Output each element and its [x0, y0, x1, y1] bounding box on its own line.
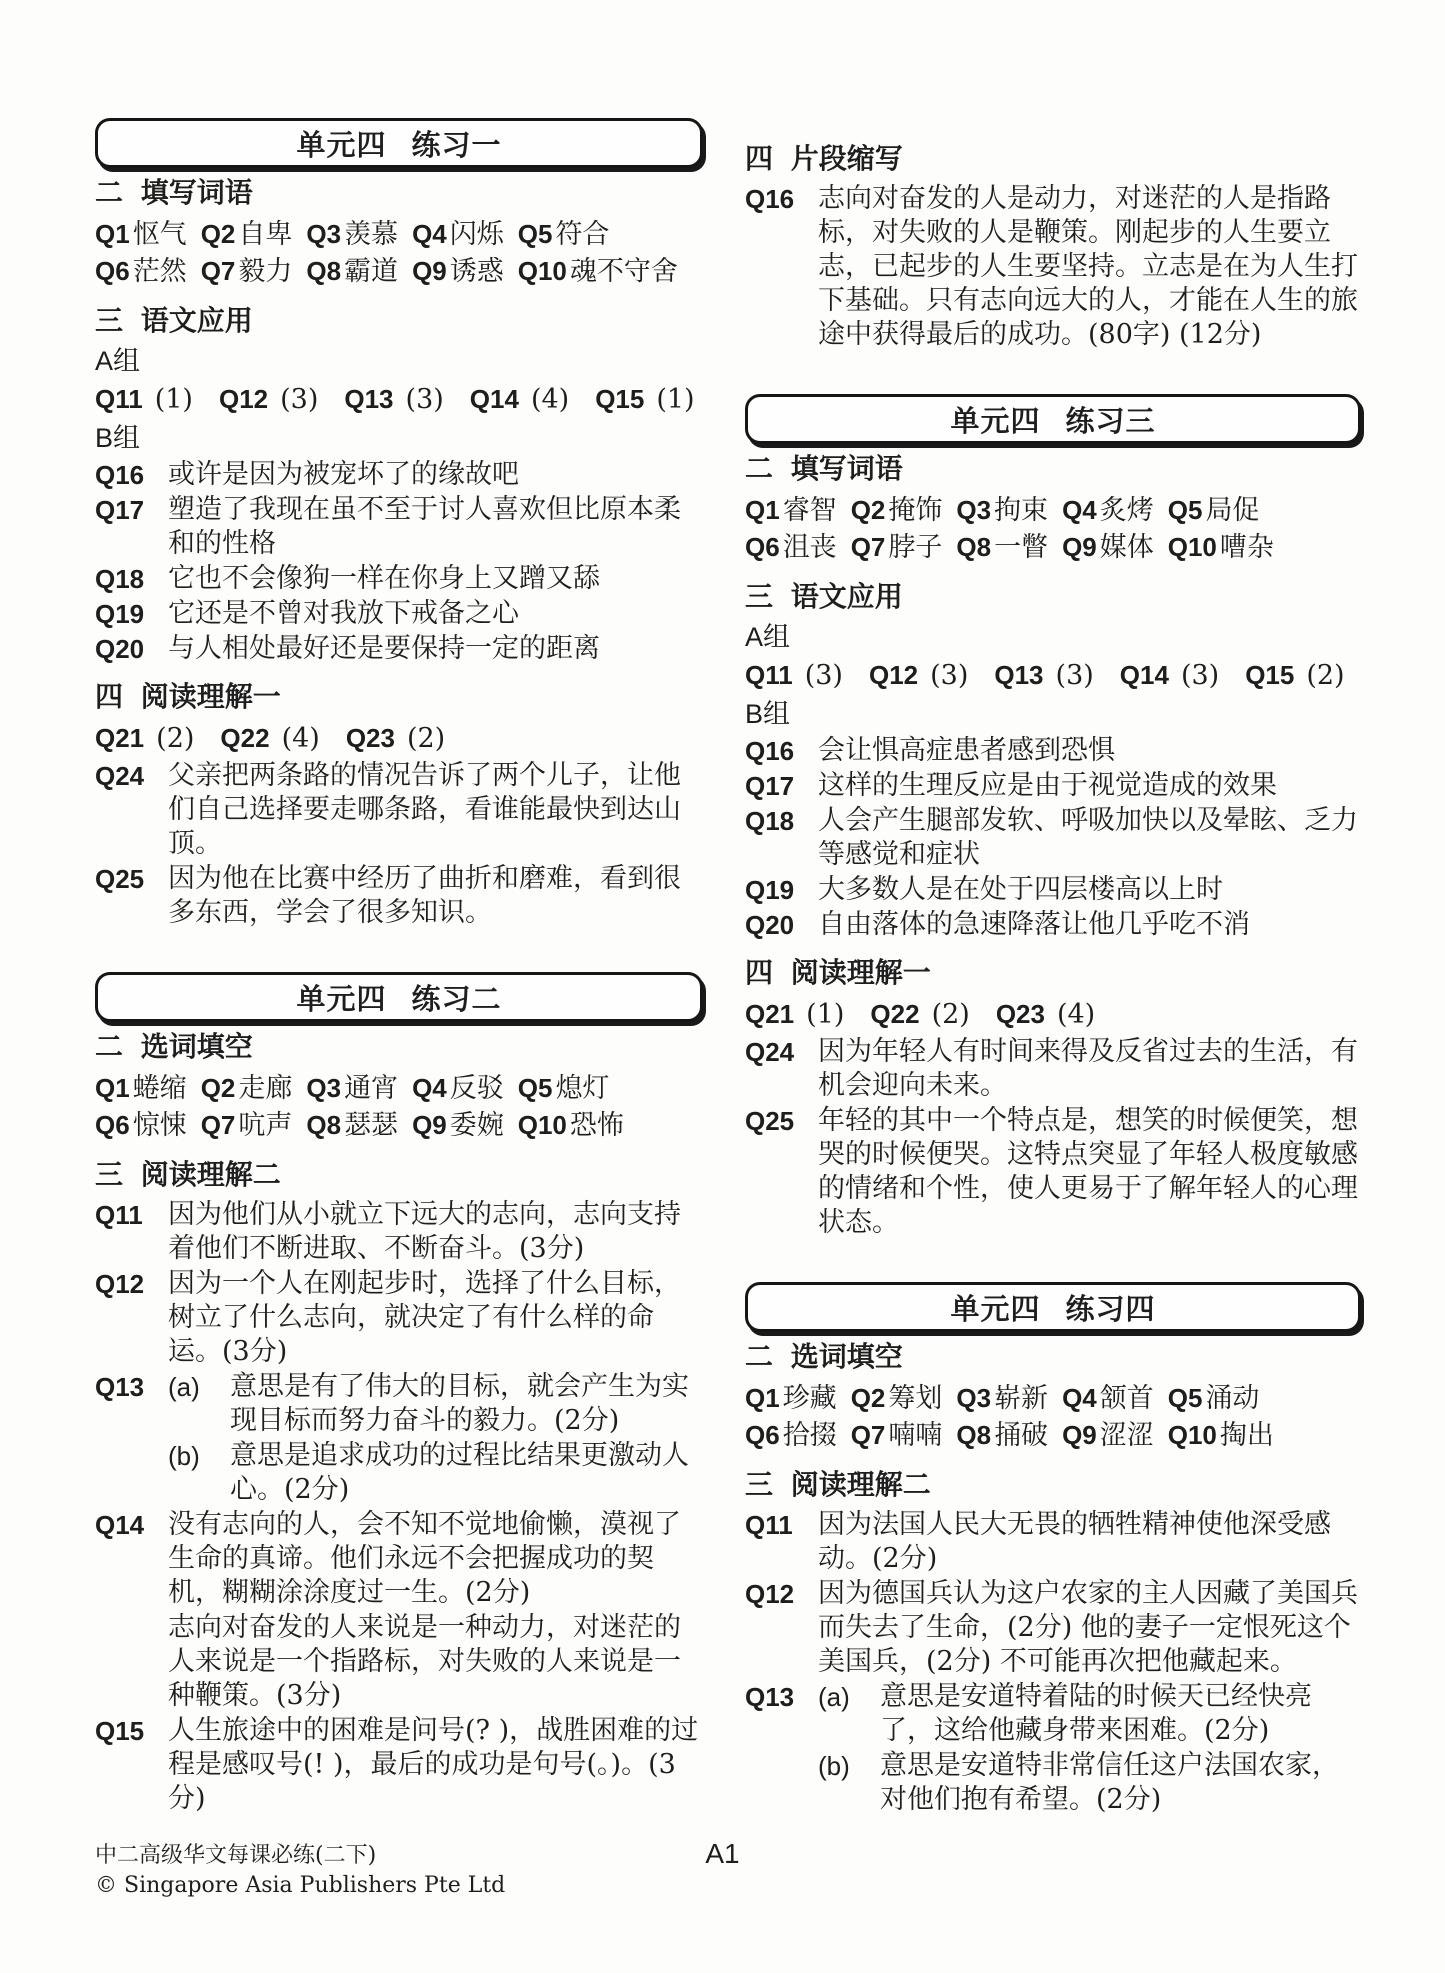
- sub-part-label: (a): [818, 1680, 880, 1748]
- question-label: Q13: [95, 1370, 168, 1438]
- answer-row: Q13(a)意思是安道特着陆的时候天已经快亮了，这给他藏身带来困难。(2分): [745, 1680, 1361, 1748]
- answer-text: 因为他们从小就立下远大的志向，志向支持着他们不断进取、不断奋斗。(3分): [168, 1198, 703, 1266]
- answer-word: 喃喃: [888, 1417, 942, 1454]
- question-label: Q14: [470, 381, 519, 418]
- answer-row: Q25因为他在比赛中经历了曲折和磨难，看到很多东西，学会了很多知识。: [95, 862, 703, 930]
- word-answer: Q2自卑: [201, 216, 293, 253]
- answer-text: 人会产生腿部发软、呼吸加快以及晕眩、乏力等感觉和症状: [818, 804, 1361, 872]
- answer-word: 茫然: [133, 253, 187, 290]
- document-page: 单元四 练习一二 填写词语Q1怄气Q2自卑Q3羡慕Q4闪烁Q5符合Q6茫然Q7毅…: [0, 0, 1445, 1973]
- word-answers-line: Q1珍藏Q2筹划Q3崭新Q4颔首Q5涌动: [745, 1380, 1361, 1417]
- question-label: Q17: [745, 769, 818, 803]
- answer-row: Q13(a)意思是有了伟大的目标，就会产生为实现目标而努力奋斗的毅力。(2分): [95, 1370, 703, 1438]
- question-label: Q24: [95, 759, 168, 861]
- answer-row: Q20自由落体的急速降落让他几乎吃不消: [745, 908, 1361, 942]
- answer-text: 人生旅途中的困难是问号(? )，战胜困难的过程是感叹号(! )，最后的成功是句号…: [168, 1714, 703, 1816]
- question-label: [745, 1749, 818, 1817]
- question-label: Q8: [306, 253, 341, 290]
- question-label: Q25: [745, 1104, 818, 1240]
- word-answer: Q1睿智: [745, 492, 837, 529]
- answer-text: 塑造了我现在虽不至于讨人喜欢但比原本柔和的性格: [168, 493, 703, 561]
- section-heading: 四 阅读理解一: [745, 956, 1361, 990]
- answer-word: 惊悚: [133, 1107, 187, 1144]
- exercise-title: 单元四 练习一: [296, 123, 501, 164]
- answer-word: 炙烤: [1100, 492, 1154, 529]
- question-label: Q12: [219, 381, 268, 418]
- answer-row: Q16会让惧高症患者感到恐惧: [745, 734, 1361, 768]
- question-label: Q15: [95, 1714, 168, 1816]
- mcq-answer: Q11(3): [745, 657, 843, 694]
- answer-row: Q17这样的生理反应是由于视觉造成的效果: [745, 769, 1361, 803]
- word-answer: Q3通宵: [306, 1070, 398, 1107]
- question-label: Q2: [201, 1070, 236, 1107]
- question-label: Q7: [851, 529, 886, 566]
- answer-word: 符合: [555, 216, 609, 253]
- question-label: Q15: [595, 381, 644, 418]
- answer-row: Q24因为年轻人有时间来得及反省过去的生活，有机会迎向未来。: [745, 1035, 1361, 1103]
- answer-row: (b)意思是追求成功的过程比结果更激动人心。(2分): [95, 1439, 703, 1507]
- question-label: Q10: [1168, 529, 1217, 566]
- word-answer: Q7毅力: [201, 253, 293, 290]
- group-label: B组: [95, 421, 703, 455]
- word-answer: Q3拘束: [956, 492, 1048, 529]
- answer-word: 拾掇: [783, 1417, 837, 1454]
- mcq-option-value: (3): [1181, 657, 1219, 694]
- question-label: Q21: [745, 996, 794, 1033]
- question-label: Q23: [996, 996, 1045, 1033]
- word-answers-line: Q1睿智Q2掩饰Q3拘束Q4炙烤Q5局促: [745, 492, 1361, 529]
- word-answer: Q10掏出: [1168, 1417, 1274, 1454]
- word-answer: Q3崭新: [956, 1380, 1048, 1417]
- answer-word: 掩饰: [888, 492, 942, 529]
- word-answer: Q4炙烤: [1062, 492, 1154, 529]
- question-label: Q22: [870, 996, 919, 1033]
- question-label: Q8: [956, 1417, 991, 1454]
- answer-text: 它还是不曾对我放下戒备之心: [168, 597, 703, 631]
- question-label: Q4: [1062, 492, 1097, 529]
- question-label: Q8: [956, 529, 991, 566]
- word-answer: Q5局促: [1168, 492, 1260, 529]
- answer-text: 这样的生理反应是由于视觉造成的效果: [818, 769, 1361, 803]
- mcq-answer: Q21(2): [95, 720, 194, 757]
- answer-text: 因为德国兵认为这户农家的主人因藏了美国兵而失去了生命，(2分) 他的妻子一定恨死…: [818, 1577, 1361, 1679]
- answer-word: 恐怖: [570, 1107, 624, 1144]
- word-answer: Q4颔首: [1062, 1380, 1154, 1417]
- mcq-answers-line: Q21(2)Q22(4)Q23(2): [95, 720, 703, 757]
- answer-word: 媒体: [1100, 529, 1154, 566]
- exercise-title: 单元四 练习四: [950, 1287, 1155, 1328]
- answer-text: 因为法国人民大无畏的牺牲精神使他深受感动。(2分): [818, 1508, 1361, 1576]
- word-answer: Q9委婉: [412, 1107, 504, 1144]
- word-answers-line: Q1蜷缩Q2走廊Q3通宵Q4反驳Q5熄灯: [95, 1070, 703, 1107]
- mcq-option-value: (3): [406, 381, 444, 418]
- answer-key-columns: 单元四 练习一二 填写词语Q1怄气Q2自卑Q3羡慕Q4闪烁Q5符合Q6茫然Q7毅…: [0, 0, 1445, 1818]
- answer-word: 嘈杂: [1220, 529, 1274, 566]
- question-label: Q7: [201, 253, 236, 290]
- answer-row: Q12因为德国兵认为这户农家的主人因藏了美国兵而失去了生命，(2分) 他的妻子一…: [745, 1577, 1361, 1679]
- answer-text: 或许是因为被宠坏了的缘故吧: [168, 458, 703, 492]
- word-answers-line: Q6拾掇Q7喃喃Q8捅破Q9涩涩Q10掏出: [745, 1417, 1361, 1454]
- section-heading: 三 语文应用: [95, 304, 703, 338]
- word-answer: Q8一瞥: [956, 529, 1048, 566]
- question-label: Q19: [745, 873, 818, 907]
- exercise-header-box: 单元四 练习三: [745, 394, 1361, 444]
- answer-text: 志向对奋发的人来说是一种动力，对迷茫的人来说是一个指路标，对失败的人来说是一种鞭…: [168, 1611, 703, 1713]
- group-label: A组: [745, 620, 1361, 654]
- question-label: Q9: [412, 253, 447, 290]
- word-answer: Q2筹划: [851, 1380, 943, 1417]
- mcq-option-value: (1): [806, 996, 844, 1033]
- answer-text: 意思是追求成功的过程比结果更激动人心。(2分): [230, 1439, 703, 1507]
- question-label: Q14: [95, 1508, 168, 1610]
- question-label: Q2: [851, 492, 886, 529]
- answer-word: 羡慕: [344, 216, 398, 253]
- answer-text: 没有志向的人，会不知不觉地偷懒，漠视了生命的真谛。他们永远不会把握成功的契机，糊…: [168, 1508, 703, 1610]
- mcq-option-value: (3): [805, 657, 843, 694]
- answer-word: 蜷缩: [133, 1070, 187, 1107]
- mcq-option-value: (2): [1306, 657, 1344, 694]
- question-label: Q6: [745, 529, 780, 566]
- question-label: Q13: [745, 1680, 818, 1748]
- question-label: Q9: [412, 1107, 447, 1144]
- mcq-answer: Q12(3): [219, 381, 318, 418]
- answer-word: 反驳: [450, 1070, 504, 1107]
- answer-text: 意思是有了伟大的目标，就会产生为实现目标而努力奋斗的毅力。(2分): [230, 1370, 703, 1438]
- answer-text: 因为一个人在刚起步时，选择了什么目标，树立了什么志向，就决定了有什么样的命运。(…: [168, 1267, 703, 1369]
- word-answer: Q6茫然: [95, 253, 187, 290]
- section-heading: 四 阅读理解一: [95, 680, 703, 714]
- mcq-option-value: (4): [282, 720, 320, 757]
- question-label: Q16: [95, 458, 168, 492]
- question-label: Q9: [1062, 1417, 1097, 1454]
- word-answer: Q8瑟瑟: [306, 1107, 398, 1144]
- question-label: Q6: [95, 1107, 130, 1144]
- answer-text: 因为他在比赛中经历了曲折和磨难，看到很多东西，学会了很多知识。: [168, 862, 703, 930]
- section-heading: 三 阅读理解二: [745, 1468, 1361, 1502]
- question-label: Q23: [346, 720, 395, 757]
- question-label: Q17: [95, 493, 168, 561]
- question-label: Q12: [95, 1267, 168, 1369]
- question-label: Q10: [1168, 1417, 1217, 1454]
- question-label: Q11: [95, 1198, 168, 1266]
- question-label: Q10: [518, 1107, 567, 1144]
- question-label: Q9: [1062, 529, 1097, 566]
- answer-row: Q11因为他们从小就立下远大的志向，志向支持着他们不断进取、不断奋斗。(3分): [95, 1198, 703, 1266]
- question-label: [95, 1439, 168, 1507]
- exercise-header-box: 单元四 练习二: [95, 972, 703, 1022]
- mcq-option-value: (1): [656, 381, 694, 418]
- footer-copyright: © Singapore Asia Publishers Pte Ltd: [95, 1871, 505, 1901]
- section-heading: 四 片段缩写: [745, 142, 1361, 176]
- answer-word: 自卑: [238, 216, 292, 253]
- answer-text: 意思是安道特着陆的时候天已经快亮了，这给他藏身带来困难。(2分): [880, 1680, 1361, 1748]
- answer-word: 委婉: [450, 1107, 504, 1144]
- word-answer: Q9媒体: [1062, 529, 1154, 566]
- question-label: Q16: [745, 734, 818, 768]
- question-label: Q12: [869, 657, 918, 694]
- word-answer: Q10魂不守舍: [518, 253, 678, 290]
- exercise-header-box: 单元四 练习一: [95, 118, 703, 168]
- answer-text: 与人相处最好还是要保持一定的距离: [168, 632, 703, 666]
- mcq-answer: Q23(2): [346, 720, 445, 757]
- answer-text: 父亲把两条路的情况告诉了两个儿子，让他们自己选择要走哪条路，看谁能最快到达山顶。: [168, 759, 703, 861]
- question-label: Q4: [412, 216, 447, 253]
- answer-row: Q17塑造了我现在虽不至于讨人喜欢但比原本柔和的性格: [95, 493, 703, 561]
- question-label: Q19: [95, 597, 168, 631]
- left-column: 单元四 练习一二 填写词语Q1怄气Q2自卑Q3羡慕Q4闪烁Q5符合Q6茫然Q7毅…: [95, 118, 703, 1817]
- answer-word: 一瞥: [994, 529, 1048, 566]
- word-answer: Q9诱惑: [412, 253, 504, 290]
- answer-row: Q11因为法国人民大无畏的牺牲精神使他深受感动。(2分): [745, 1508, 1361, 1576]
- answer-word: 拘束: [994, 492, 1048, 529]
- question-label: Q2: [851, 1380, 886, 1417]
- word-answer: Q2掩饰: [851, 492, 943, 529]
- question-label: Q1: [745, 492, 780, 529]
- question-label: Q13: [344, 381, 393, 418]
- mcq-answers-line: Q11(1)Q12(3)Q13(3)Q14(4)Q15(1): [95, 381, 703, 418]
- mcq-answer: Q11(1): [95, 381, 193, 418]
- question-label: Q18: [95, 562, 168, 596]
- question-label: Q5: [518, 216, 553, 253]
- right-column: 四 片段缩写Q16志向对奋发的人是动力，对迷茫的人是指路标，对失败的人是鞭策。刚…: [745, 118, 1361, 1818]
- mcq-option-value: (2): [407, 720, 445, 757]
- word-answer: Q7吭声: [201, 1107, 293, 1144]
- answer-row: Q19它还是不曾对我放下戒备之心: [95, 597, 703, 631]
- mcq-answer: Q15(1): [595, 381, 694, 418]
- question-label: Q3: [956, 492, 991, 529]
- answer-text: 它也不会像狗一样在你身上又蹭又舔: [168, 562, 703, 596]
- answer-row: Q15人生旅途中的困难是问号(? )，战胜困难的过程是感叹号(! )，最后的成功…: [95, 1714, 703, 1816]
- question-label: Q16: [745, 182, 818, 352]
- question-label: Q11: [95, 381, 143, 418]
- answer-row: (b)意思是安道特非常信任这户法国农家，对他们抱有希望。(2分): [745, 1749, 1361, 1817]
- word-answer: Q10嘈杂: [1168, 529, 1274, 566]
- mcq-answer: Q12(3): [869, 657, 968, 694]
- question-label: Q25: [95, 862, 168, 930]
- answer-word: 通宵: [344, 1070, 398, 1107]
- question-label: Q15: [1245, 657, 1294, 694]
- answer-row: Q19大多数人是在处于四层楼高以上时: [745, 873, 1361, 907]
- sub-part-label: (b): [168, 1439, 230, 1507]
- answer-word: 掏出: [1220, 1417, 1274, 1454]
- answer-word: 沮丧: [783, 529, 837, 566]
- question-label: Q11: [745, 1508, 818, 1576]
- label-spacer: [95, 1611, 168, 1713]
- mcq-option-value: (3): [930, 657, 968, 694]
- word-answer: Q6拾掇: [745, 1417, 837, 1454]
- answer-text: 志向对奋发的人是动力，对迷茫的人是指路标，对失败的人是鞭策。刚起步的人生要立志，…: [818, 182, 1361, 352]
- mcq-answer: Q23(4): [996, 996, 1095, 1033]
- question-label: Q3: [306, 1070, 341, 1107]
- word-answer: Q4闪烁: [412, 216, 504, 253]
- answer-text: 年轻的其中一个特点是，想笑的时候便笑，想哭的时候便哭。这特点突显了年轻人极度敏感…: [818, 1104, 1361, 1240]
- word-answers-line: Q6惊悚Q7吭声Q8瑟瑟Q9委婉Q10恐怖: [95, 1107, 703, 1144]
- question-label: Q1: [745, 1380, 780, 1417]
- word-answer: Q4反驳: [412, 1070, 504, 1107]
- question-label: Q8: [306, 1107, 341, 1144]
- mcq-answer: Q13(3): [344, 381, 443, 418]
- section-heading: 二 填写词语: [95, 176, 703, 210]
- word-answer: Q6惊悚: [95, 1107, 187, 1144]
- sub-part-label: (a): [168, 1370, 230, 1438]
- question-label: Q5: [518, 1070, 553, 1107]
- answer-text: 因为年轻人有时间来得及反省过去的生活，有机会迎向未来。: [818, 1035, 1361, 1103]
- word-answer: Q8捅破: [956, 1417, 1048, 1454]
- answer-word: 局促: [1205, 492, 1259, 529]
- question-label: Q7: [201, 1107, 236, 1144]
- answer-word: 瑟瑟: [344, 1107, 398, 1144]
- mcq-answer: Q21(1): [745, 996, 844, 1033]
- question-label: Q12: [745, 1577, 818, 1679]
- answer-word: 捅破: [994, 1417, 1048, 1454]
- question-label: Q18: [745, 804, 818, 872]
- answer-word: 闪烁: [450, 216, 504, 253]
- question-label: Q21: [95, 720, 144, 757]
- word-answer: Q5熄灯: [518, 1070, 610, 1107]
- word-answers-line: Q6沮丧Q7脖子Q8一瞥Q9媒体Q10嘈杂: [745, 529, 1361, 566]
- question-label: Q4: [412, 1070, 447, 1107]
- answer-word: 筹划: [888, 1380, 942, 1417]
- exercise-title: 单元四 练习二: [296, 977, 501, 1018]
- answer-word: 毅力: [238, 253, 292, 290]
- answer-row: Q14没有志向的人，会不知不觉地偷懒，漠视了生命的真谛。他们永远不会把握成功的契…: [95, 1508, 703, 1610]
- word-answer: Q5符合: [518, 216, 610, 253]
- answer-row: Q18它也不会像狗一样在你身上又蹭又舔: [95, 562, 703, 596]
- section-heading: 三 阅读理解二: [95, 1158, 703, 1192]
- answer-word: 魂不守舍: [570, 253, 678, 290]
- question-label: Q10: [518, 253, 567, 290]
- answer-word: 珍藏: [783, 1380, 837, 1417]
- word-answer: Q1蜷缩: [95, 1070, 187, 1107]
- answer-row: Q16或许是因为被宠坏了的缘故吧: [95, 458, 703, 492]
- answer-text: 会让惧高症患者感到恐惧: [818, 734, 1361, 768]
- answer-row: Q24父亲把两条路的情况告诉了两个儿子，让他们自己选择要走哪条路，看谁能最快到达…: [95, 759, 703, 861]
- question-label: Q1: [95, 216, 130, 253]
- answer-word: 霸道: [344, 253, 398, 290]
- question-label: Q14: [1120, 657, 1169, 694]
- mcq-answers-line: Q21(1)Q22(2)Q23(4): [745, 996, 1361, 1033]
- question-label: Q20: [745, 908, 818, 942]
- question-label: Q11: [745, 657, 793, 694]
- exercise-header-box: 单元四 练习四: [745, 1282, 1361, 1332]
- answer-continuation: 志向对奋发的人来说是一种动力，对迷茫的人来说是一个指路标，对失败的人来说是一种鞭…: [95, 1611, 703, 1713]
- mcq-option-value: (4): [1057, 996, 1095, 1033]
- answer-word: 崭新: [994, 1380, 1048, 1417]
- word-answers-line: Q1怄气Q2自卑Q3羡慕Q4闪烁Q5符合: [95, 216, 703, 253]
- word-answer: Q2走廊: [201, 1070, 293, 1107]
- answer-word: 颔首: [1100, 1380, 1154, 1417]
- answer-row: Q16志向对奋发的人是动力，对迷茫的人是指路标，对失败的人是鞭策。刚起步的人生要…: [745, 182, 1361, 352]
- section-heading: 二 选词填空: [95, 1030, 703, 1064]
- question-label: Q5: [1168, 492, 1203, 529]
- mcq-answers-line: Q11(3)Q12(3)Q13(3)Q14(3)Q15(2): [745, 657, 1361, 694]
- answer-text: 意思是安道特非常信任这户法国农家，对他们抱有希望。(2分): [880, 1749, 1361, 1817]
- mcq-option-value: (3): [280, 381, 318, 418]
- section-heading: 二 选词填空: [745, 1340, 1361, 1374]
- mcq-option-value: (2): [156, 720, 194, 757]
- answer-word: 涩涩: [1100, 1417, 1154, 1454]
- word-answer: Q1珍藏: [745, 1380, 837, 1417]
- question-label: Q1: [95, 1070, 130, 1107]
- word-answer: Q5涌动: [1168, 1380, 1260, 1417]
- section-heading: 三 语文应用: [745, 580, 1361, 614]
- mcq-answer: Q13(3): [994, 657, 1093, 694]
- answer-text: 自由落体的急速降落让他几乎吃不消: [818, 908, 1361, 942]
- answer-word: 涌动: [1205, 1380, 1259, 1417]
- question-label: Q20: [95, 632, 168, 666]
- sub-part-label: (b): [818, 1749, 880, 1817]
- answer-word: 吭声: [238, 1107, 292, 1144]
- section-heading: 二 填写词语: [745, 452, 1361, 486]
- answer-text: 大多数人是在处于四层楼高以上时: [818, 873, 1361, 907]
- question-label: Q7: [851, 1417, 886, 1454]
- answer-word: 诱惑: [450, 253, 504, 290]
- group-label: B组: [745, 697, 1361, 731]
- mcq-answer: Q22(4): [220, 720, 319, 757]
- answer-row: Q25年轻的其中一个特点是，想笑的时候便笑，想哭的时候便哭。这特点突显了年轻人极…: [745, 1104, 1361, 1240]
- exercise-title: 单元四 练习三: [950, 399, 1155, 440]
- question-label: Q13: [994, 657, 1043, 694]
- word-answer: Q7喃喃: [851, 1417, 943, 1454]
- answer-word: 睿智: [783, 492, 837, 529]
- word-answer: Q3羡慕: [306, 216, 398, 253]
- mcq-option-value: (2): [932, 996, 970, 1033]
- question-label: Q5: [1168, 1380, 1203, 1417]
- word-answer: Q9涩涩: [1062, 1417, 1154, 1454]
- mcq-option-value: (4): [531, 381, 569, 418]
- question-label: Q22: [220, 720, 269, 757]
- word-answers-line: Q6茫然Q7毅力Q8霸道Q9诱惑Q10魂不守舍: [95, 253, 703, 290]
- answer-row: Q12因为一个人在刚起步时，选择了什么目标，树立了什么志向，就决定了有什么样的命…: [95, 1267, 703, 1369]
- question-label: Q6: [95, 253, 130, 290]
- word-answer: Q7脖子: [851, 529, 943, 566]
- mcq-answer: Q15(2): [1245, 657, 1344, 694]
- mcq-answer: Q14(3): [1120, 657, 1219, 694]
- question-label: Q24: [745, 1035, 818, 1103]
- answer-row: Q18人会产生腿部发软、呼吸加快以及晕眩、乏力等感觉和症状: [745, 804, 1361, 872]
- word-answer: Q6沮丧: [745, 529, 837, 566]
- mcq-answer: Q22(2): [870, 996, 969, 1033]
- answer-word: 走廊: [238, 1070, 292, 1107]
- question-label: Q3: [306, 216, 341, 253]
- mcq-option-value: (3): [1056, 657, 1094, 694]
- mcq-option-value: (1): [155, 381, 193, 418]
- mcq-answer: Q14(4): [470, 381, 569, 418]
- question-label: Q6: [745, 1417, 780, 1454]
- answer-word: 怄气: [133, 216, 187, 253]
- word-answer: Q10恐怖: [518, 1107, 624, 1144]
- word-answer: Q1怄气: [95, 216, 187, 253]
- question-label: Q3: [956, 1380, 991, 1417]
- question-label: Q4: [1062, 1380, 1097, 1417]
- answer-word: 脖子: [888, 529, 942, 566]
- page-number: A1: [0, 1838, 1445, 1870]
- word-answer: Q8霸道: [306, 253, 398, 290]
- group-label: A组: [95, 344, 703, 378]
- answer-word: 熄灯: [555, 1070, 609, 1107]
- question-label: Q2: [201, 216, 236, 253]
- answer-row: Q20与人相处最好还是要保持一定的距离: [95, 632, 703, 666]
